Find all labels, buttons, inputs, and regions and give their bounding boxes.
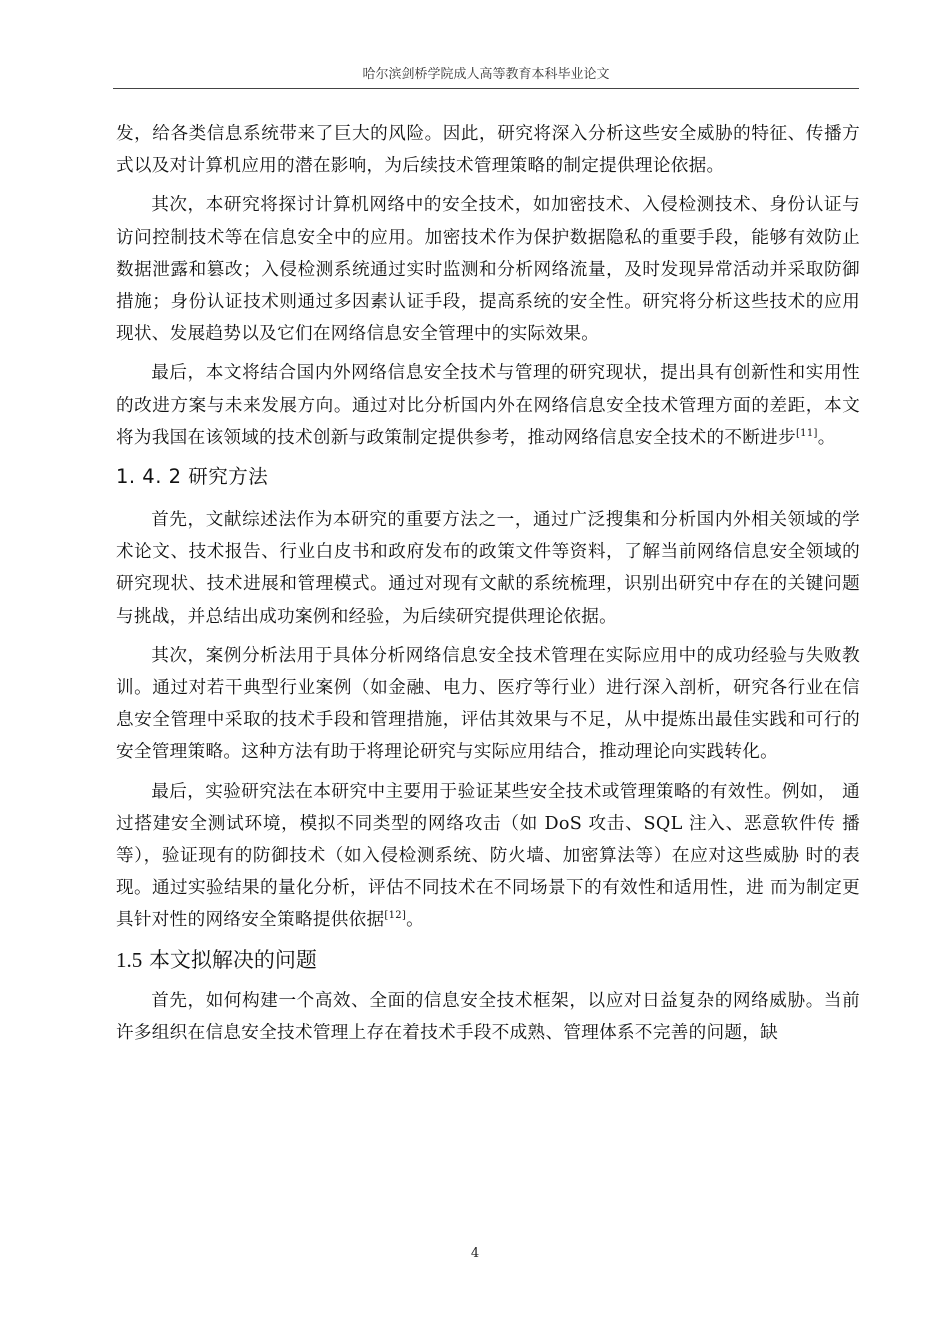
section-number: 1. 4. 2 [116, 465, 182, 488]
paragraph-text: 最后，本文将结合国内外网络信息安全技术与管理的研究现状，提出具有创新性和实用性的… [116, 363, 860, 447]
paragraph-continued: 发，给各类信息系统带来了巨大的风险。因此，研究将深入分析这些安全威胁的特征、传播… [116, 118, 860, 182]
section-number: 1.5 [116, 948, 142, 972]
running-header: 哈尔滨剑桥学院成人高等教育本科毕业论文 [113, 66, 859, 88]
paragraph-conclusion-direction: 最后，本文将结合国内外网络信息安全技术与管理的研究现状，提出具有创新性和实用性的… [116, 357, 860, 454]
citation-12: [12] [384, 911, 406, 922]
citation-11: [11] [796, 428, 818, 439]
section-title: 研究方法 [188, 465, 268, 488]
section-heading-1-4-2: 1. 4. 2 研究方法 [116, 462, 860, 492]
paragraph-literature-review: 首先，文献综述法作为本研究的重要方法之一，通过广泛搜集和分析国内外相关领域的学术… [116, 504, 860, 633]
paragraph-experimental-research: 最后，实验研究法在本研究中主要用于验证某些安全技术或管理策略的有效性。例如， 通… [116, 776, 860, 937]
section-heading-1-5: 1.5 本文拟解决的问题 [116, 945, 860, 975]
paragraph-security-technologies: 其次，本研究将探讨计算机网络中的安全技术，如加密技术、入侵检测技术、身份认证与访… [116, 189, 860, 350]
paragraph-end: 。 [406, 910, 424, 930]
header-divider [113, 88, 859, 89]
paragraph-text: 最后，实验研究法在本研究中主要用于验证某些安全技术或管理策略的有效性。例如， 通… [116, 782, 860, 931]
paragraph-case-analysis: 其次，案例分析法用于具体分析网络信息安全技术管理在实际应用中的成功经验与失败教训… [116, 640, 860, 769]
page-number: 4 [0, 1246, 950, 1261]
page-body: 发，给各类信息系统带来了巨大的风险。因此，研究将深入分析这些安全威胁的特征、传播… [116, 118, 860, 1049]
section-title: 本文拟解决的问题 [149, 948, 317, 972]
paragraph-problem-framework: 首先，如何构建一个高效、全面的信息安全技术框架，以应对日益复杂的网络威胁。当前许… [116, 985, 860, 1049]
paragraph-end: 。 [818, 428, 836, 448]
